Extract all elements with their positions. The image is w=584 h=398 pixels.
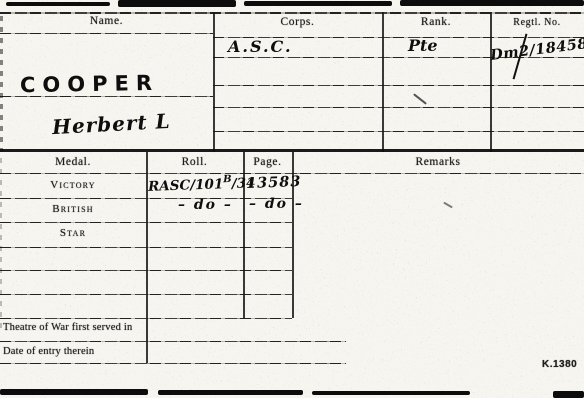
- scan-edge-mark: [400, 0, 584, 6]
- name-column-header: Name.: [0, 15, 213, 27]
- medal-row-star: Star: [0, 227, 146, 239]
- stray-pen-mark: [413, 93, 427, 104]
- scan-edge-mark: [0, 16, 3, 152]
- grid-line: [0, 12, 584, 14]
- handwritten-forename: Herbert L: [51, 109, 171, 139]
- grid-line: [0, 294, 292, 295]
- theatre-of-war-label: Theatre of War first served in: [3, 322, 132, 333]
- scan-edge-mark: [158, 390, 303, 395]
- grid-line: [0, 222, 292, 223]
- handwritten-surname: COOPER: [20, 71, 159, 97]
- scan-edge-mark: [118, 0, 236, 7]
- scan-edge-mark: [553, 391, 584, 398]
- medal-column-header: Medal.: [0, 156, 146, 168]
- scan-edge-mark: [244, 1, 392, 6]
- medal-row-victory: Victory: [0, 179, 146, 191]
- handwritten-rank: Pte: [408, 36, 438, 55]
- regtl-no-column-header: Regtl. No.: [490, 17, 584, 28]
- grid-line: [0, 341, 346, 342]
- scan-edge-mark: [0, 389, 148, 395]
- scan-edge-mark: [312, 391, 470, 395]
- handwritten-victory-roll: RASC/101B/34: [148, 173, 256, 195]
- grid-line: [213, 131, 584, 132]
- grid-line: [213, 107, 584, 108]
- roll-superscript: B: [223, 174, 232, 185]
- grid-line: [0, 33, 213, 34]
- handwritten-victory-page: 13583: [246, 173, 302, 192]
- grid-line: [213, 85, 584, 86]
- grid-line: [0, 247, 292, 248]
- grid-line: [0, 363, 346, 364]
- date-of-entry-label: Date of entry therein: [3, 346, 94, 357]
- scan-edge-mark: [6, 2, 110, 6]
- stray-pen-mark: [443, 202, 453, 209]
- page-column-header: Page.: [243, 156, 292, 168]
- rank-column-header: Rank.: [382, 16, 490, 28]
- grid-line: [0, 270, 292, 271]
- roll-number: RASC/101: [148, 176, 224, 195]
- remarks-column-header: Remarks: [292, 156, 584, 168]
- handwritten-corps: A.S.C.: [228, 37, 293, 56]
- medal-index-card: Name. Corps. Rank. Regtl. No. COOPER Her…: [0, 0, 584, 398]
- handwritten-regimental-number: Dm2/18458: [489, 35, 584, 64]
- roll-column-header: Roll.: [146, 156, 243, 168]
- grid-line: [0, 318, 292, 319]
- form-reference-number: K.1380: [542, 359, 577, 370]
- handwritten-british-roll-ditto: – do –: [178, 197, 233, 213]
- handwritten-british-page-ditto: – do –: [249, 196, 304, 212]
- medal-row-british: British: [0, 203, 146, 215]
- corps-column-header: Corps.: [213, 16, 382, 28]
